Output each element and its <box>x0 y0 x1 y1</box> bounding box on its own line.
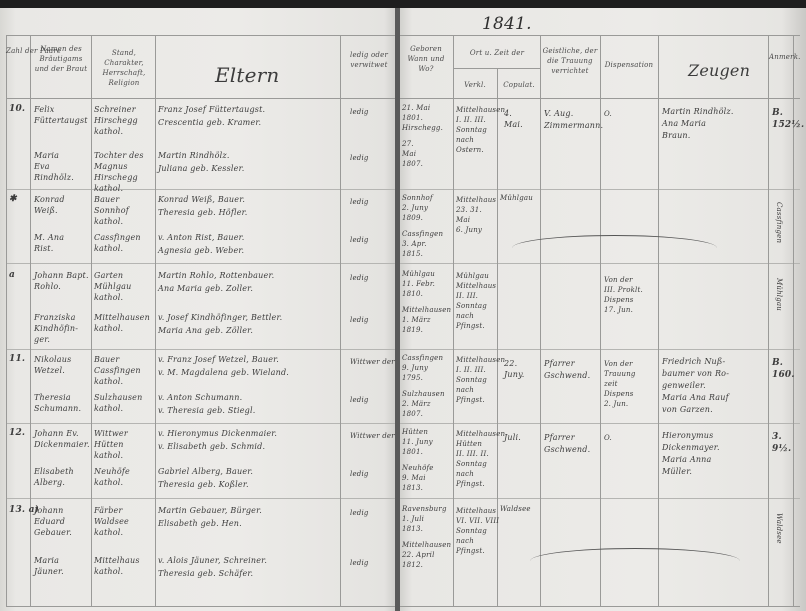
groom-name: Felix <box>34 104 54 115</box>
bride-name: Elisabeth <box>34 466 74 477</box>
bride-birth: Mai <box>402 150 416 159</box>
proclamation-dates: nach <box>456 470 474 479</box>
proclamation-dates: I. II. III. <box>456 366 486 375</box>
bride-status: Neuhöfe <box>94 466 130 477</box>
groom-birth: Hirschegg. <box>402 124 443 133</box>
bride-status: Cassfingen <box>94 232 141 243</box>
witnesses: Dickenmayer. <box>662 442 720 453</box>
groom-birth: 2. Juny <box>402 204 428 213</box>
register-reference: 9½. <box>772 444 791 455</box>
groom-birth: 1809. <box>402 214 423 223</box>
groom-parents: Ana Maria geb. Zoller. <box>158 283 253 294</box>
rule <box>6 606 396 607</box>
groom-marital: Wittwer der Creszentia geb. Klotz <box>350 358 396 367</box>
groom-status: kathol. <box>94 527 123 538</box>
groom-name: Eduard <box>34 516 65 527</box>
groom-birth: 1810. <box>402 290 423 299</box>
rule <box>155 35 156 606</box>
groom-status: kathol. <box>94 292 123 303</box>
bride-parents: Maria Ana geb. Zöller. <box>158 325 253 336</box>
groom-status: Färber <box>94 505 122 516</box>
bride-birth: 27. <box>402 140 414 149</box>
groom-parents: Martin Gebauer, Bürger. <box>158 505 262 516</box>
proclamation-dates: 6. Juny <box>456 226 482 235</box>
rule <box>30 35 31 606</box>
groom-status: kathol. <box>94 376 123 387</box>
rule <box>6 498 396 499</box>
rule <box>400 606 800 607</box>
header-dispensation: Dispensation <box>601 60 657 70</box>
officiating-priest: Zimmermann. <box>544 120 603 131</box>
empty-cell-dash <box>530 548 740 561</box>
bride-birth: 1812. <box>402 561 423 570</box>
proclamation-dates: Sonntag <box>456 527 487 536</box>
proclamation-dates: nach <box>456 136 474 145</box>
dispensation: zeit <box>604 380 618 389</box>
dispensation: 17. Jun. <box>604 306 633 315</box>
bride-parents: v. Alois Jäuner, Schreiner. <box>158 555 267 566</box>
groom-parents: Theresia geb. Höfler. <box>158 207 248 218</box>
bride-status: kathol. <box>94 243 123 254</box>
header-proclamation: Verkl. <box>455 80 495 90</box>
bride-name: Maria <box>34 555 59 566</box>
bride-status: kathol. <box>94 477 123 488</box>
dispensation: Dispens <box>604 390 634 399</box>
groom-status: Hütten <box>94 439 124 450</box>
groom-birth: 11. Febr. <box>402 280 435 289</box>
groom-marital: ledig <box>350 108 369 117</box>
bride-status: kathol. <box>94 323 123 334</box>
entry-number: 12. <box>9 428 25 439</box>
bride-marital: ledig <box>350 559 369 568</box>
remarks-note: Waldsee <box>773 513 784 544</box>
bride-status: kathol. <box>94 183 123 194</box>
dispensation: O. <box>604 110 612 119</box>
rule <box>6 189 396 190</box>
proclamation-dates: Mittelhaus <box>456 196 496 205</box>
groom-birth: 11. Juny <box>402 438 433 447</box>
groom-name: Rohlo. <box>34 281 61 292</box>
witnesses: von Garzen. <box>662 404 713 415</box>
bride-name: Maria <box>34 150 59 161</box>
witnesses: Friedrich Nuß- <box>662 356 725 367</box>
dispensation: 2. Jun. <box>604 400 628 409</box>
witnesses: Maria Ana Rauf <box>662 392 729 403</box>
officiating-priest: Gschwend. <box>544 370 590 381</box>
groom-status: Schreiner <box>94 104 136 115</box>
proclamation-dates: Pfingst. <box>456 396 485 405</box>
bride-birth: 1. März <box>402 316 431 325</box>
proclamation-dates: II. III. <box>456 292 478 301</box>
bride-parents: Theresia geb. Koßler. <box>158 479 249 490</box>
entry-number: 10. <box>9 104 25 115</box>
officiating-priest: V. Aug. <box>544 108 573 119</box>
bride-parents: Juliana geb. Kessler. <box>158 163 244 174</box>
proclamation-dates: Mittelhausen <box>456 430 505 439</box>
rule <box>91 35 92 606</box>
groom-name: Johann <box>34 505 63 516</box>
proclamation-dates: nach <box>456 386 474 395</box>
bride-birth: 1807. <box>402 410 423 419</box>
witnesses: baumer von Ro- <box>662 368 729 379</box>
groom-marital: ledig <box>350 509 369 518</box>
register-reference: B. <box>772 358 783 369</box>
proclamation-dates: Mittelhausen <box>456 356 505 365</box>
groom-marital: ledig <box>350 274 369 283</box>
rule <box>6 349 396 350</box>
entry-number: ✱ <box>9 194 17 205</box>
header-place-time: Ort u. Zeit der <box>455 48 539 58</box>
bride-parents: v. Anton Rist, Bauer. <box>158 232 245 243</box>
header-remarks: Anmerk. <box>769 52 793 62</box>
rule <box>6 423 396 424</box>
bride-parents: v. Anton Schumann. <box>158 392 242 403</box>
groom-name: Gebauer. <box>34 527 72 538</box>
rule <box>6 35 7 606</box>
proclamation-dates: Mühlgau <box>456 272 489 281</box>
proclamation-dates: Mai <box>456 216 470 225</box>
rule <box>658 35 659 606</box>
copulation-date: Juny. <box>504 369 525 380</box>
header-marital: ledig oder verwitwet <box>342 50 396 70</box>
proclamation-dates: nach <box>456 537 474 546</box>
bride-birth: 1813. <box>402 484 423 493</box>
groom-parents: v. M. Magdalena geb. Wieland. <box>158 367 289 378</box>
groom-status: Sonnhof <box>94 205 129 216</box>
bride-birth: 2. März <box>402 400 431 409</box>
bride-name: Kindhöfin- <box>34 323 78 334</box>
proclamation-dates: Mittelhaus <box>456 507 496 516</box>
groom-birth: 1795. <box>402 374 423 383</box>
bride-birth: 9. Mai <box>402 474 426 483</box>
rule <box>6 98 396 99</box>
groom-parents: Konrad Weiß, Bauer. <box>158 194 245 205</box>
empty-cell-dash <box>512 235 717 248</box>
groom-birth: Hütten <box>402 428 428 437</box>
witnesses: Martin Rindhölz. <box>662 106 734 117</box>
proclamation-dates: Sonntag <box>456 460 487 469</box>
dispensation: Von der <box>604 360 633 369</box>
bride-birth: Mittelhausen <box>402 541 451 550</box>
groom-status: kathol. <box>94 216 123 227</box>
right-page: 1841. Geboren Wann und Wo? Ort u. Zeit d… <box>400 8 806 611</box>
header-witnesses: Zeugen <box>688 60 750 82</box>
dispensation: Trauung <box>604 370 636 379</box>
remarks-note: Mühlgau <box>773 278 784 311</box>
bride-status: Mittelhausen <box>94 312 150 323</box>
proclamation-dates: Pfingst. <box>456 547 485 556</box>
register-reference: 160. <box>772 370 795 381</box>
groom-status: kathol. <box>94 126 123 137</box>
register-reference: 152½. <box>772 120 804 131</box>
rule <box>768 35 769 606</box>
groom-birth: 9. Juny <box>402 364 428 373</box>
proclamation-dates: Mittelhausen <box>456 106 505 115</box>
entry-number: 11. <box>9 354 25 365</box>
dispensation: O. <box>604 434 612 443</box>
groom-birth: 1801. <box>402 448 423 457</box>
proclamation-dates: Sonntag <box>456 126 487 135</box>
copulation-date: 4. <box>504 108 512 119</box>
groom-status: kathol. <box>94 450 123 461</box>
groom-name: Dickenmaier. <box>34 439 90 450</box>
groom-status: Waldsee <box>94 516 129 527</box>
bride-name: M. Ana <box>34 232 64 243</box>
groom-status: Cassfingen <box>94 365 141 376</box>
bride-name: Schumann. <box>34 403 81 414</box>
bride-parents: v. Josef Kindhöfinger, Bettler. <box>158 312 282 323</box>
witnesses: Maria Anna <box>662 454 712 465</box>
bride-birth: Neuhöfe <box>402 464 434 473</box>
bride-parents: v. Theresia geb. Stiegl. <box>158 405 256 416</box>
groom-birth: Mühlgau <box>402 270 435 279</box>
groom-status: Mühlgau <box>94 281 132 292</box>
groom-birth: 21. Mai <box>402 104 430 113</box>
bride-name: Eva <box>34 161 50 172</box>
witnesses: genweiler. <box>662 380 706 391</box>
officiating-priest: Pfarrer <box>544 432 575 443</box>
proclamation-dates: 23. 31. <box>456 206 482 215</box>
bride-status: Sulzhausen <box>94 392 142 403</box>
witnesses: Braun. <box>662 130 691 141</box>
groom-name: Nikolaus <box>34 354 71 365</box>
bride-parents: Theresia geb. Schäfer. <box>158 568 253 579</box>
bride-name: Rist. <box>34 243 53 254</box>
proclamation-dates: II. III. II. <box>456 450 489 459</box>
rule <box>6 263 396 264</box>
groom-parents: v. Franz Josef Wetzel, Bauer. <box>158 354 279 365</box>
bride-parents: Martin Rindhölz. <box>158 150 230 161</box>
groom-parents: v. Elisabeth geb. Schmid. <box>158 441 265 452</box>
header-priest: Geistliche, der die Trauung verrichtet <box>541 46 599 76</box>
bride-marital: ledig <box>350 316 369 325</box>
rule <box>340 35 341 606</box>
copulation-date: Juli. <box>504 432 521 443</box>
rule <box>453 35 454 606</box>
officiating-priest: Gschwend. <box>544 444 590 455</box>
dispensation: III. Proklt. <box>604 286 643 295</box>
header-copulation: Copulat. <box>498 80 540 90</box>
groom-status: Hirschegg <box>94 115 138 126</box>
bride-marital: ledig <box>350 236 369 245</box>
header-number: Zahl der Paare <box>6 46 30 56</box>
bride-birth: 22. April <box>402 551 435 560</box>
bride-status: kathol. <box>94 403 123 414</box>
witnesses: Hieronymus <box>662 430 713 441</box>
proclamation-dates: Sonntag <box>456 302 487 311</box>
bride-birth: 3. Apr. <box>402 240 427 249</box>
bride-birth: 1815. <box>402 250 423 259</box>
witnesses: Müller. <box>662 466 692 477</box>
groom-parents: Crescentia geb. Kramer. <box>158 117 261 128</box>
header-names: Namen des Bräutigams und der Braut <box>32 44 90 74</box>
remarks-note: Cassfingen <box>773 202 784 243</box>
groom-name: Weiß. <box>34 205 58 216</box>
copulation-date: 22. <box>504 358 517 369</box>
proclamation-dates: Ostern. <box>456 146 484 155</box>
groom-parents: Elisabeth geb. Hen. <box>158 518 242 529</box>
bride-parents: Agnesia geb. Weber. <box>158 245 244 256</box>
proclamation-dates: Hütten <box>456 440 482 449</box>
year-heading: 1841. <box>482 14 532 34</box>
bride-name: ger. <box>34 334 50 345</box>
groom-birth: Cassfingen <box>402 354 443 363</box>
bride-status: Mittelhaus <box>94 555 140 566</box>
groom-parents: v. Hieronymus Dickenmaier. <box>158 428 277 439</box>
header-status: Stand, Charakter, Herrschaft, Religion <box>93 48 155 88</box>
groom-parents: Martin Rohlo, Rottenbauer. <box>158 270 274 281</box>
groom-name: Konrad <box>34 194 65 205</box>
groom-birth: 1801. <box>402 114 423 123</box>
groom-name: Johann Bapt. <box>34 270 89 281</box>
groom-name: Füttertaugst <box>34 115 88 126</box>
groom-birth: Sonnhof <box>402 194 433 203</box>
bride-status: Hirschegg <box>94 172 138 183</box>
header-parents: Eltern <box>215 64 280 86</box>
bride-name: Alberg. <box>34 477 65 488</box>
groom-birth: 1813. <box>402 525 423 534</box>
groom-status: Garten <box>94 270 123 281</box>
register-reference: 3. <box>772 432 782 443</box>
witnesses: Ana Maria <box>662 118 706 129</box>
bride-status: Magnus <box>94 161 128 172</box>
proclamation-dates: I. II. III. <box>456 116 486 125</box>
bride-name: Franziska <box>34 312 76 323</box>
copulation-place: Mühlgau <box>500 194 533 203</box>
proclamation-dates: Sonntag <box>456 376 487 385</box>
groom-status: Bauer <box>94 194 119 205</box>
proclamation-dates: Pfingst. <box>456 322 485 331</box>
groom-name: Wetzel. <box>34 365 65 376</box>
dispensation: Von der <box>604 276 633 285</box>
bride-name: Jäuner. <box>34 566 64 577</box>
groom-marital: Wittwer der Anna Maria Kraus <box>350 432 396 441</box>
bride-marital: ledig <box>350 470 369 479</box>
bride-birth: 1807. <box>402 160 423 169</box>
proclamation-dates: nach <box>456 312 474 321</box>
rule <box>540 35 541 606</box>
bride-name: Rindhölz. <box>34 172 74 183</box>
bride-marital: ledig <box>350 396 369 405</box>
bride-birth: Cassfingen <box>402 230 443 239</box>
rule <box>6 35 396 36</box>
groom-parents: Franz Josef Füttertaugst. <box>158 104 265 115</box>
proclamation-dates: Mittelhaus <box>456 282 496 291</box>
register-reference: B. <box>772 108 783 119</box>
groom-birth: Ravensburg <box>402 505 447 514</box>
bride-status: kathol. <box>94 566 123 577</box>
groom-birth: 1. Juli <box>402 515 424 524</box>
bride-marital: ledig <box>350 154 369 163</box>
bride-birth: 1819. <box>402 326 423 335</box>
dispensation: Dispens <box>604 296 634 305</box>
bride-name: Theresia <box>34 392 71 403</box>
officiating-priest: Pfarrer <box>544 358 575 369</box>
bride-parents: Gabriel Alberg, Bauer. <box>158 466 253 477</box>
bride-status: Tochter des <box>94 150 144 161</box>
groom-name: Johann Ev. <box>34 428 79 439</box>
entry-number: a <box>9 270 15 281</box>
header-born: Geboren Wann und Wo? <box>400 44 452 74</box>
groom-marital: ledig <box>350 198 369 207</box>
left-page: Zahl der Paare Namen des Bräutigams und … <box>0 8 396 611</box>
groom-status: Bauer <box>94 354 119 365</box>
copulation-place: Waldsee <box>500 505 531 514</box>
proclamation-dates: VI. VII. VIII <box>456 517 499 526</box>
bride-birth: Sulzhausen <box>402 390 445 399</box>
bride-birth: Mittelhausen <box>402 306 451 315</box>
copulation-date: Mai. <box>504 119 523 130</box>
groom-status: Wittwer <box>94 428 128 439</box>
proclamation-dates: Pfingst. <box>456 480 485 489</box>
